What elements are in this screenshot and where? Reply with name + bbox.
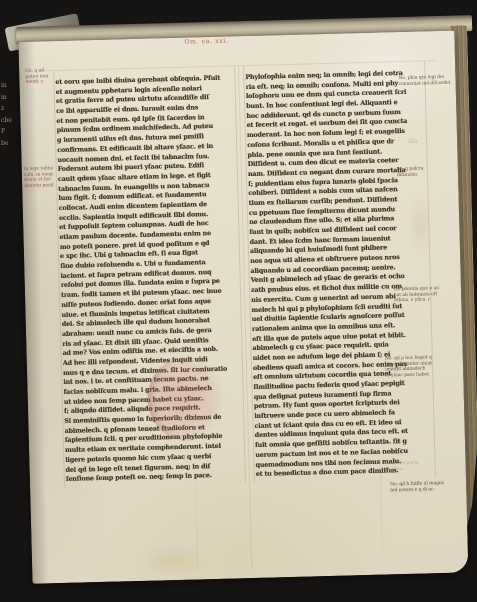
margin-note-bottom: No. qd h fuiſſe ul magosſed notare e q d… <box>390 481 444 493</box>
margin-note-line: ſed notare e q di ac. <box>390 487 444 494</box>
margin-note-line: dametu ponit <box>24 183 54 189</box>
gutter-shadow <box>18 42 48 584</box>
margin-note-prudentia: De pdentia que e uocat ab hebraicis eſte… <box>394 286 439 304</box>
facing-page-fragments: inmzcbeFbe <box>1 80 15 150</box>
margin-note-line: No. phia qtn legi dei conueniat uel diſc… <box>398 75 454 87</box>
edge-fragment: z <box>1 103 15 115</box>
edge-fragment: m <box>1 92 15 104</box>
page-stain <box>137 542 210 578</box>
book: Om. ca. xxi. et eoru que inibi diuina ge… <box>18 15 477 593</box>
manuscript-page: Om. ca. xxi. et eoru que inibi diuina ge… <box>18 31 468 584</box>
margin-note-line: yſaac. <box>392 466 419 472</box>
running-header: Om. ca. xxi. <box>184 37 228 45</box>
text-column-right: Phyloſophia enim neq; in omnib; legi dei… <box>245 68 435 479</box>
margin-note-distinctio: no. q pulcradiſtinctio. <box>397 166 424 178</box>
margin-note-faint: no. de pactoyſaac. <box>391 461 419 473</box>
margin-note-nota: No. qd p hoc ſequit qphi q eleganter uiu… <box>385 355 433 378</box>
edge-fragment: cbe <box>1 115 15 127</box>
manuscript-photo: inmzcbeFbe Om. ca. xxi. et eoru que inib… <box>0 0 477 602</box>
faint-margin-word: illa <box>408 138 418 145</box>
edge-fragment: F <box>1 126 15 138</box>
margin-note-right-top: No. phia qtn legi dei conueniat uel diſc… <box>398 75 454 87</box>
margin-note-line: no. de pacto <box>391 461 418 467</box>
margin-note-line: no. q pulcra <box>397 166 424 172</box>
margin-note-left-mid: In lege tabnaculu. in euagdomu et fundam… <box>24 166 54 189</box>
margin-note-line: diſtinctio. <box>397 172 424 178</box>
edge-fragment: in <box>1 80 15 92</box>
edge-fragment: be <box>1 138 15 150</box>
margin-note-left-top: Gn. q adputeu iuramenti. r. <box>25 68 49 85</box>
margin-note-line: ethica. e yſica. r. <box>394 297 439 304</box>
margin-note-line: menti. r. <box>25 79 48 85</box>
